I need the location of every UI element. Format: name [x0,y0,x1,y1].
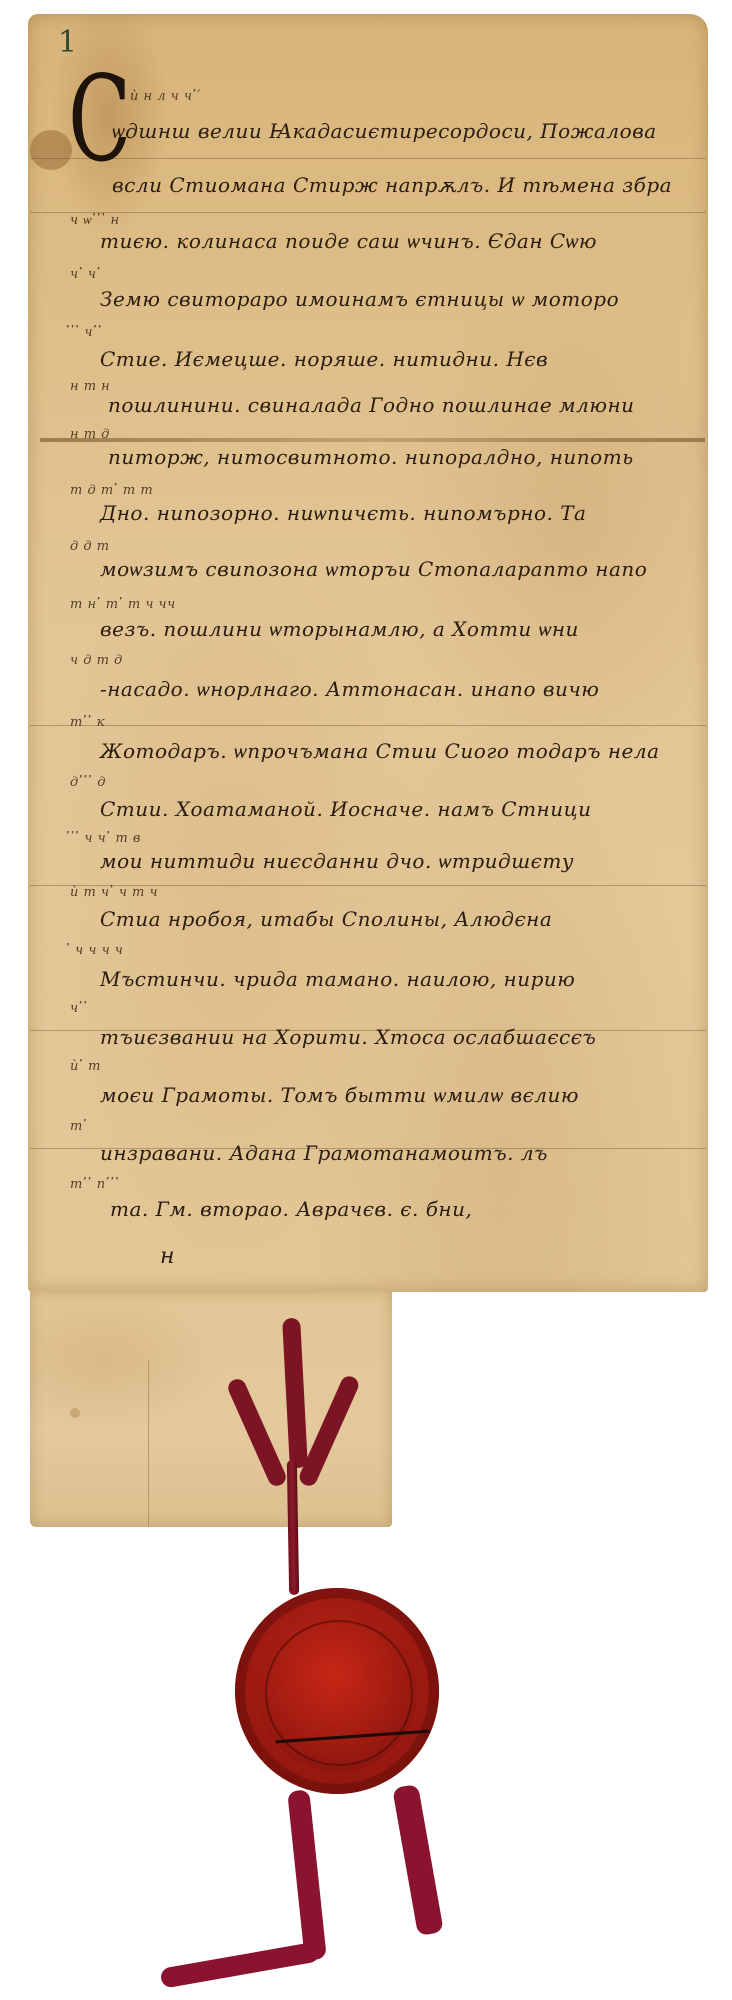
text-line: Дно. нипозорно. ниѡпичєть. нипомърно. Та [100,500,720,526]
superscript-line: ч ̓ ч ̓ [70,262,690,288]
document-scan: 1 С ѝ н л ч ч ̓ ́ ѡдшнш велии Ꙗкадасиєти… [0,0,732,2000]
text-line: моєи Грамоты. Томъ бытти ѡмилѡ вєлию [100,1082,720,1108]
superscript-line: д ̓ ̓ ̓ д [70,770,690,796]
text-line: Стии. Хоатаманой. Иосначе. намъ Стници [100,796,720,822]
superscript-line: ѝ т ч ̓ ч т ч [70,880,690,906]
signature-mark: н [160,1244,732,1270]
text-line: Стиа нробоя, итабы Сполины, Алюдєна [100,906,720,932]
superscript-line: т н ̓ т ̓ т ч чч [70,592,690,618]
ribbon-tail-left-end [159,1941,320,1988]
spot-stain [70,1408,80,1418]
text-line: Стие. Иємецше. норяше. нитидни. Нєв [100,346,720,372]
text-line: питорж, нитосвитното. нипоралдно, нипоть [108,444,728,470]
water-stain [30,130,72,170]
superscript-line: ̓ ч ч ч ч [70,938,690,964]
text-line: Земю свитораро имоинамъ єтницы ѡ моторо [100,286,720,312]
folded-flap [148,1290,393,1527]
text-line: тиєю. колинаса поиде саш ѡчинъ. Єдан Сѡю [100,228,720,254]
superscript-line: ч ̓ ̓ [70,996,690,1022]
text-line: Жотодаръ. ѡпрочъмана Стии Сиого тодаръ н… [100,738,720,764]
superscript-line: ѝ н л ч ч ̓ ́ [130,84,732,110]
ribbon-tail-right [392,1784,444,1936]
superscript-line: т ̓ [70,1114,690,1140]
text-line: всли Стиомана Стирж напрѫлъ. И тѣмена зб… [112,172,692,198]
superscript-line: т ̓ ̓ п ̓ ̓ ̓ [70,1172,690,1198]
ribbon-tail-left [287,1789,327,1960]
seal-emblem-ring [265,1620,413,1766]
text-line: -насадо. ѡнорлнаго. Аттонасан. инапо вич… [100,676,720,702]
text-line: моѡзимъ свипозона ѡторъи Стопаларапто на… [100,556,720,582]
text-line: Мъстинчи. чрида тамано. наилою, нирию [100,966,720,992]
text-line: пошлинини. свиналада Годно пошлинае млюн… [108,392,728,418]
fold-line [30,158,706,159]
text-line: инзравани. Адана Грамотанамоитъ. лъ [100,1140,720,1166]
superscript-line: ̓ ̓ ̓ ч ̓ ̓ [70,320,690,346]
wax-seal [235,1588,439,1794]
text-line: та. Гм. вторао. Аврачєв. є. бни, [110,1196,730,1222]
superscript-line: ѝ ̓ т [70,1054,690,1080]
superscript-line: т ̓ ̓ к [70,710,690,736]
text-line: везъ. пошлини ѡторынамлю, а Хотти ѡни [100,616,720,642]
text-line: мои ниттиди ниєсданни дчо. ѡтридшєту [100,848,720,874]
text-line: ѡдшнш велии Ꙗкадасиєтиресордоси, Пожалов… [112,118,692,144]
superscript-line: ч д т д [70,648,690,674]
text-line: тъиєзвании на Хорити. Хтоса ослабшаєсєъ [100,1024,720,1050]
